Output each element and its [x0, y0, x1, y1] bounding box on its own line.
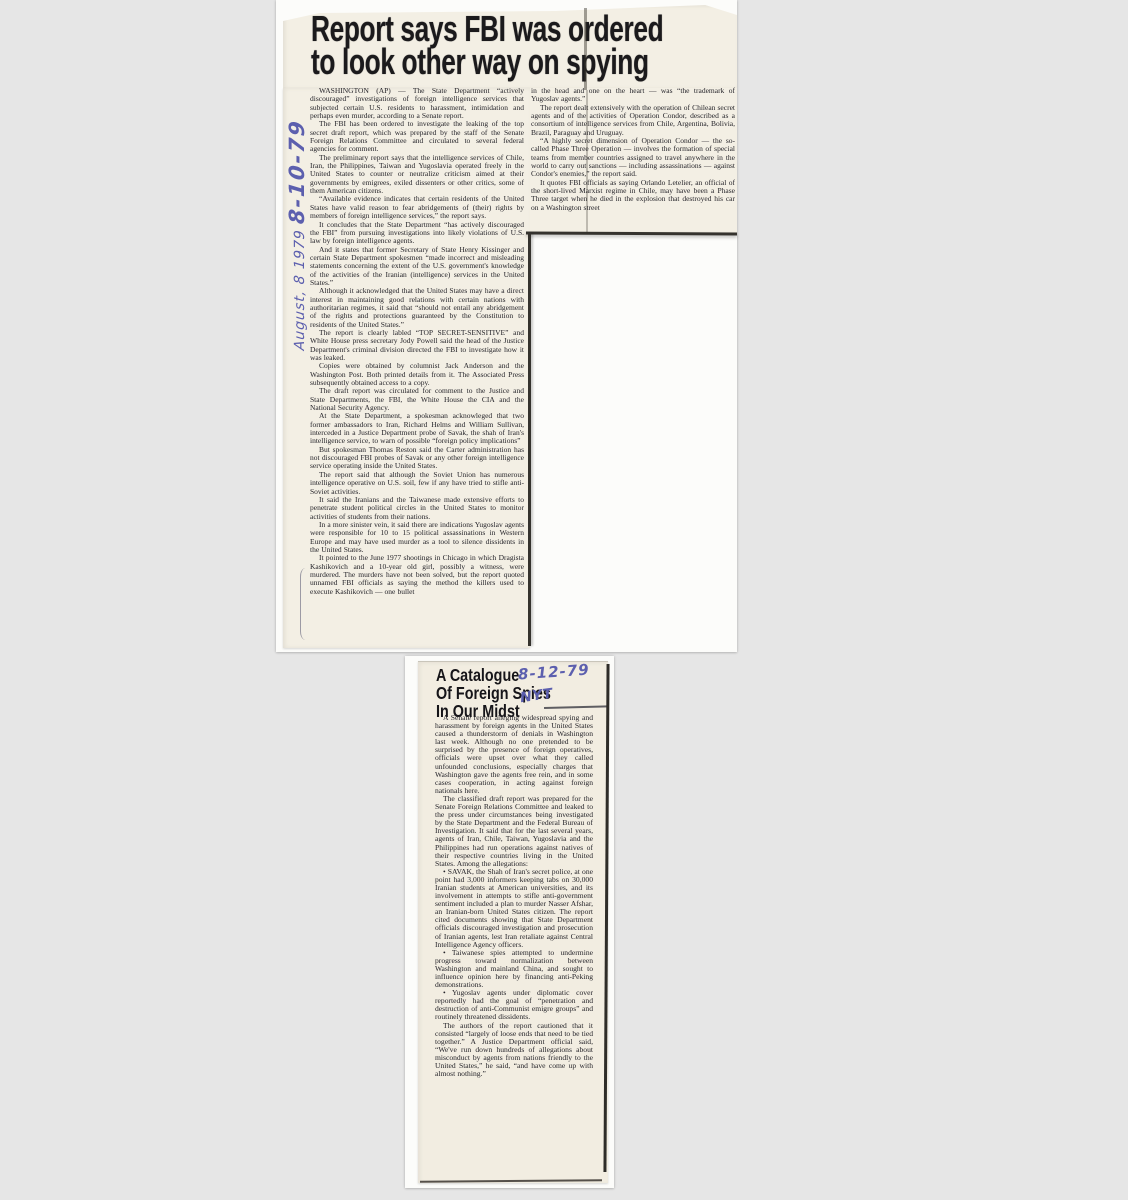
- handwritten-date-note: 8-12-79: [517, 661, 590, 683]
- article-paragraph: • SAVAK, the Shah of Iran's secret polic…: [435, 868, 593, 949]
- scanned-clippings-screenshot: { "colors": { "background": "#e6e6e6", "…: [0, 0, 1128, 1200]
- article-paragraph: The draft report was circulated for comm…: [310, 387, 524, 412]
- article-paragraph: And it states that former Secretary of S…: [310, 246, 524, 288]
- bottom-article-body: A Senate report alleging widespread spyi…: [435, 714, 593, 1176]
- top-article-column-1: WASHINGTON (AP) — The State Department “…: [310, 87, 524, 648]
- article-paragraph: The authors of the report cautioned that…: [435, 1022, 593, 1079]
- article-paragraph: The report is clearly labled “TOP SECRET…: [310, 329, 524, 362]
- article-paragraph: It quotes FBI officials as saying Orland…: [531, 179, 735, 212]
- article-paragraph: “Available evidence indicates that certa…: [310, 195, 524, 220]
- article-paragraph: • Taiwanese spies attempted to undermine…: [435, 949, 593, 989]
- article-paragraph: The classified draft report was prepared…: [435, 795, 593, 868]
- article-paragraph: WASHINGTON (AP) — The State Department “…: [310, 87, 524, 120]
- article-paragraph: It concludes that the State Department “…: [310, 221, 524, 246]
- article-paragraph: The report said that although the Soviet…: [310, 471, 524, 496]
- article-paragraph: In a more sinister vein, it said there a…: [310, 521, 524, 554]
- fold-crease: [584, 8, 587, 90]
- handwritten-date-numeric: 8-10-79: [285, 118, 309, 225]
- article-paragraph: It pointed to the June 1977 shootings in…: [310, 554, 524, 596]
- article-paragraph: The report dealt extensively with the op…: [531, 104, 735, 137]
- top-article-headline: Report says FBI was ordered to look othe…: [311, 12, 794, 78]
- article-paragraph: The FBI has been ordered to investigate …: [310, 120, 524, 153]
- scanned-page-top: Report says FBI was ordered to look othe…: [276, 0, 737, 652]
- article-paragraph: The preliminary report says that the int…: [310, 154, 524, 196]
- article-paragraph: “A highly secret dimension of Operation …: [531, 137, 735, 179]
- article-paragraph: in the head and one on the heart — was “…: [531, 87, 735, 104]
- article-paragraph: • Yugoslav agents under diplomatic cover…: [435, 989, 593, 1021]
- article-paragraph: A Senate report alleging widespread spyi…: [435, 714, 593, 795]
- article-paragraph: Copies were obtained by columnist Jack A…: [310, 362, 524, 387]
- handwritten-date-note: August, 8 1979 8-10-79: [285, 107, 315, 362]
- article-paragraph: It said the Iranians and the Taiwanese m…: [310, 496, 524, 521]
- article-paragraph: Although it acknowledged that the United…: [310, 287, 524, 329]
- torn-edge-vertical: [528, 234, 531, 646]
- top-article-column-2: in the head and one on the heart — was “…: [531, 87, 735, 231]
- article-paragraph: At the State Department, a spokesman ack…: [310, 412, 524, 445]
- torn-edge-horizontal: [526, 232, 737, 235]
- handwritten-date-text: August, 8 1979: [292, 229, 308, 352]
- bottom-clipping-paper: A Catalogue Of Foreign Spies In Our Mids…: [418, 661, 608, 1183]
- fold-crease: [586, 90, 588, 233]
- scanned-page-bottom: A Catalogue Of Foreign Spies In Our Mids…: [405, 656, 614, 1188]
- article-paragraph: But spokesman Thomas Reston said the Car…: [310, 446, 524, 471]
- pen-bracket-mark: [300, 568, 311, 640]
- headline-line-2: to look other way on spying: [311, 45, 663, 78]
